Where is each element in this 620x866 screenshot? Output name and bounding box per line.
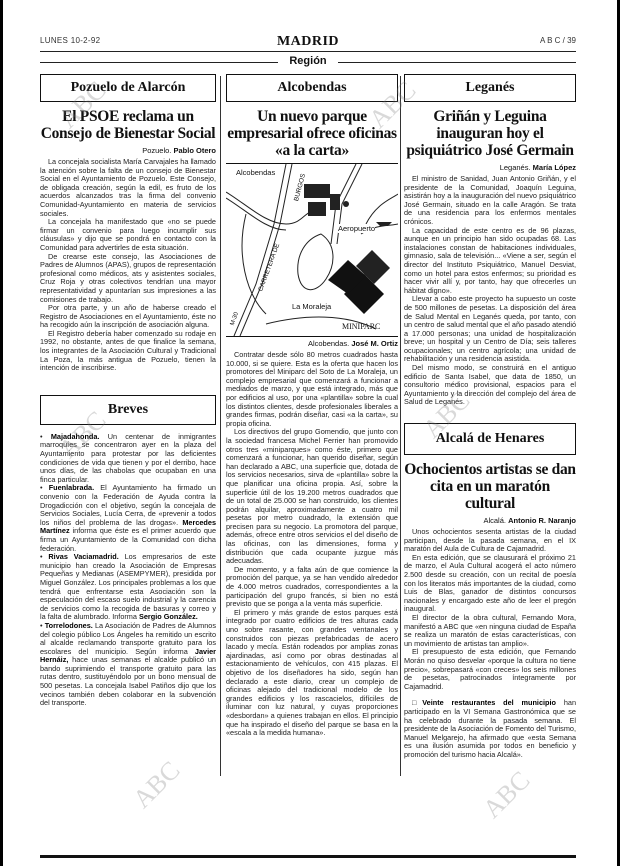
article-pozuelo: Pozuelo de Alarcón El PSOE reclama un Co… — [40, 74, 216, 373]
paragraph: Unos ochocientos sesenta artistas de la … — [404, 528, 576, 554]
region-label: Región — [40, 55, 576, 67]
section-box-pozuelo: Pozuelo de Alarcón — [40, 74, 216, 102]
paragraph: La concejala socialista María Carvajales… — [40, 158, 216, 218]
paragraph: El ministro de Sanidad, Juan Antonio Gri… — [404, 175, 576, 227]
brief-item: • Fuenlabrada. El Ayuntamiento ha firmad… — [40, 484, 216, 553]
scan-border-left — [0, 0, 3, 866]
paragraph: El presupuesto de esta edición, que Fern… — [404, 648, 576, 691]
byline-pozuelo: Pozuelo. Pablo Otero — [40, 146, 216, 155]
column-middle: Alcobendas Un nuevo parque empresarial o… — [226, 74, 398, 738]
section-box-breves: Breves — [40, 395, 216, 425]
region-rule-right — [338, 62, 576, 63]
byline-author: José M. Ortiz — [351, 339, 398, 348]
section-box-alcobendas: Alcobendas — [226, 74, 398, 102]
watermark: ABC — [477, 765, 536, 824]
location-map: Alcobendas BURGOS Aeropuerto CARRETERA D… — [226, 163, 398, 337]
headline-pozuelo: El PSOE reclama un Consejo de Bienestar … — [40, 108, 216, 142]
page-number: A B C / 39 — [540, 36, 576, 45]
watermark: ABC — [127, 755, 186, 814]
byline-author: Pablo Otero — [173, 146, 216, 155]
paragraph: Del mismo modo, se construirá en el anti… — [404, 364, 576, 407]
section-title: MADRID — [40, 34, 576, 50]
section-box-alcala: Alcalá de Henares — [404, 423, 576, 455]
brief-item: • Torrelodones. La Asociación de Padres … — [40, 622, 216, 708]
paragraph: Llevar a cabo este proyecto ha supuesto … — [404, 295, 576, 364]
byline-leganes: Leganés. María López — [404, 163, 576, 172]
byline-alcobendas: Alcobendas. José M. Ortiz — [226, 339, 398, 348]
column-divider — [220, 76, 221, 776]
byline-author: Antonio R. Naranjo — [508, 516, 576, 525]
article-alcala: Alcalá de Henares Ochocientos artistas s… — [404, 423, 576, 759]
byline-author: María López — [533, 163, 576, 172]
headline-alcala: Ochocientos artistas se dan cita en un m… — [404, 461, 576, 512]
byline-place: Pozuelo. — [142, 146, 171, 155]
paragraph: La capacidad de este centro es de 96 pla… — [404, 227, 576, 296]
article-alcobendas: Alcobendas Un nuevo parque empresarial o… — [226, 74, 398, 738]
paragraph: De momento, y a falta aún de que comienc… — [226, 566, 398, 609]
article-body: Unos ochocientos sesenta artistas de la … — [404, 528, 576, 759]
brief-item: • Majadahonda. Un centenar de inmigrante… — [40, 433, 216, 485]
paragraph: En esta edición, que se clausurará el pr… — [404, 554, 576, 614]
paragraph: Por otra parte, y un año de haberse crea… — [40, 304, 216, 330]
article-body: El ministro de Sanidad, Juan Antonio Gri… — [404, 175, 576, 407]
miniparc-logo-icon — [328, 250, 390, 314]
article-body: La concejala socialista María Carvajales… — [40, 158, 216, 373]
map-label: Aeropuerto — [338, 224, 375, 233]
paragraph: La concejala ha manifestado que «no se p… — [40, 218, 216, 252]
region-bar: Región — [40, 55, 576, 69]
headline-leganes: Griñán y Leguina inauguran hoy el psiqui… — [404, 108, 576, 159]
paragraph: El Registro debería haber comenzado su r… — [40, 330, 216, 373]
paragraph: Contratar desde sólo 80 metros cuadrados… — [226, 351, 398, 428]
paragraph: □Veinte restaurantes del municipio han p… — [404, 699, 576, 759]
byline-place: Alcalá. — [483, 516, 506, 525]
map-logo-label: MINIPARC — [342, 322, 380, 331]
byline-alcala: Alcalá. Antonio R. Naranjo — [404, 516, 576, 525]
byline-place: Alcobendas. — [308, 339, 349, 348]
map-label: La Moraleja — [292, 302, 331, 311]
article-leganes: Leganés Griñán y Leguina inauguran hoy e… — [404, 74, 576, 407]
section-box-leganes: Leganés — [404, 74, 576, 102]
article-breves: Breves • Majadahonda. Un centenar de inm… — [40, 395, 216, 708]
paragraph: El primero y más grande de estos parques… — [226, 609, 398, 738]
masthead-rule — [40, 51, 576, 52]
article-body: Contratar desde sólo 80 metros cuadrados… — [226, 351, 398, 738]
column-left: Pozuelo de Alarcón El PSOE reclama un Co… — [40, 74, 216, 708]
paragraph: De crearse este consejo, las Asociacione… — [40, 253, 216, 305]
paragraph: El director de la obra cultural, Fernand… — [404, 614, 576, 648]
headline-alcobendas: Un nuevo parque empresarial ofrece ofici… — [226, 108, 398, 159]
paragraph: Los directivos del grupo Gomendio, que j… — [226, 428, 398, 566]
page-masthead: LUNES 10-2-92 MADRID A B C / 39 — [40, 34, 576, 50]
brief-item: • Rivas Vaciamadrid. Los empresarios de … — [40, 553, 216, 622]
byline-place: Leganés. — [500, 163, 531, 172]
page-bottom-rule — [40, 855, 576, 858]
map-label: Alcobendas — [236, 168, 275, 177]
column-divider — [400, 76, 401, 776]
breves-body: • Majadahonda. Un centenar de inmigrante… — [40, 433, 216, 708]
column-right: Leganés Griñán y Leguina inauguran hoy e… — [404, 74, 576, 759]
